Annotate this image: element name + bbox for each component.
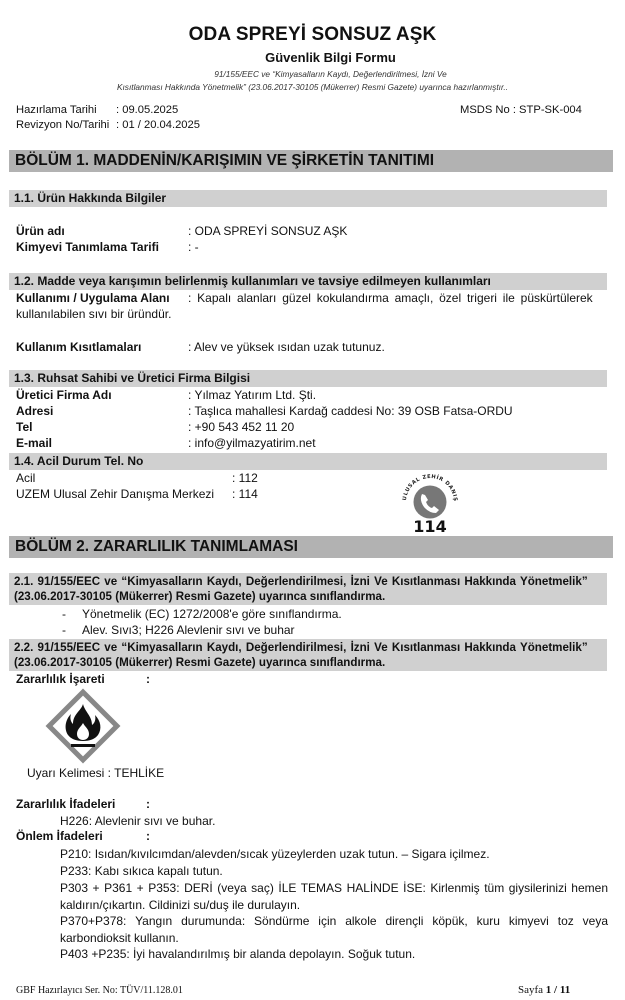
chemical-description-row: Kimyevi Tanımlama Tarifi : - (16, 240, 159, 254)
precaution-statement: P370+P378: Yangın durumunda: Söndürme iç… (60, 913, 608, 946)
prep-date: Hazırlama Tarihi: 09.05.2025 (16, 104, 178, 116)
manufacturer-label: Üretici Firma Adı (16, 388, 112, 402)
msds-number: MSDS No : STP-SK-004 (460, 104, 582, 116)
subsection-1-3-header: 1.3. Ruhsat Sahibi ve Üretici Firma Bilg… (9, 370, 607, 387)
revision-label: Revizyon No/Tarihi (16, 119, 116, 131)
poison-center-value: : 114 (232, 487, 258, 501)
subsection-2-1-title-line2: (23.06.2017-30105 (Mükerrer) Resmi Gazet… (14, 589, 607, 604)
chemical-description-value: : - (188, 240, 199, 254)
logo-number: 114 (413, 517, 446, 534)
section-2-header: BÖLÜM 2. ZARARLILIK TANIMLAMASI (9, 536, 613, 558)
email-value[interactable]: : info@yilmazyatirim.net (188, 436, 316, 450)
page-indicator: Sayfa 1 / 11 (518, 984, 570, 996)
email-row: E-mail : info@yilmazyatirim.net (16, 436, 52, 450)
regulation-note-line2: Kısıtlanması Hakkında Yönetmelik” (23.06… (0, 82, 625, 92)
subsection-2-1-header: 2.1. 91/155/EEC ve “Kimyasalların Kaydı,… (9, 573, 607, 605)
hazard-statements-row: Zararlılık İfadeleri : (16, 797, 115, 811)
classification-bullet: -Yönetmelik (EC) 1272/2008'e göre sınıfl… (62, 607, 342, 621)
revision-value: : 01 / 20.04.2025 (116, 119, 200, 131)
product-name-row: Ürün adı : ODA SPREYİ SONSUZ AŞK (16, 224, 65, 238)
hazard-symbol-label: Zararlılık İşareti (16, 672, 105, 686)
precaution-statement: P233: Kabı sıkıca kapalı tutun. (60, 863, 608, 880)
hazard-statements-label: Zararlılık İfadeleri (16, 797, 115, 811)
total-pages: 11 (560, 984, 570, 996)
classification-bullet: -Alev. Sıvı3; H226 Alevlenir sıvı ve buh… (62, 623, 295, 637)
chemical-description-label: Kimyevi Tanımlama Tarifi (16, 240, 159, 254)
hazard-statement: H226: Alevlenir sıvı ve buhar. (60, 813, 608, 830)
precaution-statement: P403 +P235: İyi havalandırılmış bir alan… (60, 946, 608, 963)
flame-pictogram-icon (44, 687, 122, 765)
signal-word: Uyarı Kelimesi : TEHLİKE (27, 766, 164, 780)
product-name-value: : ODA SPREYİ SONSUZ AŞK (188, 224, 347, 238)
precautions-row: Önlem İfadeleri : (16, 829, 103, 843)
phone-icon: ULUSAL ZEHİR DANIŞMA MERKEZİ 114 (398, 472, 462, 534)
phone-row: Tel : +90 543 452 11 20 (16, 420, 32, 434)
restriction-row: Kullanım Kısıtlamaları : Alev ve yüksek … (16, 340, 141, 354)
footer-preparer-number: GBF Hazırlayıcı Ser. No: TÜV/11.128.01 (16, 985, 183, 996)
email-label: E-mail (16, 436, 52, 450)
precautions-label: Önlem İfadeleri (16, 829, 103, 843)
address-row: Adresi : Taşlıca mahallesi Kardağ caddes… (16, 404, 53, 418)
hazard-symbol-row: Zararlılık İşareti : (16, 672, 105, 686)
emergency-value: : 112 (232, 471, 258, 485)
revision: Revizyon No/Tarihi: 01 / 20.04.2025 (16, 119, 200, 131)
subsection-1-4-header: 1.4. Acil Durum Tel. No (9, 453, 607, 470)
poison-center-row: UZEM Ulusal Zehir Danışma Merkezi : 114 (16, 487, 214, 501)
section-1-header: BÖLÜM 1. MADDENİN/KARIŞIMIN VE ŞİRKETİN … (9, 150, 613, 172)
phone-value: : +90 543 452 11 20 (188, 420, 294, 434)
subsection-2-1-title-line1: 2.1. 91/155/EEC ve “Kimyasalların Kaydı,… (14, 574, 607, 589)
usage-value-cont: kullanılabilen sıvı bir üründür. (16, 307, 171, 321)
phone-label: Tel (16, 420, 32, 434)
subsection-2-2-title-line2: (23.06.2017-30105 (Mükerrer) Resmi Gazet… (14, 655, 607, 670)
regulation-note-line1: 91/155/EEC ve “Kimyasalların Kaydı, Değe… (0, 69, 625, 79)
subsection-2-2-title-line1: 2.2. 91/155/EEC ve “Kimyasalların Kaydı,… (14, 640, 607, 655)
subsection-1-2-header: 1.2. Madde veya karışımın belirlenmiş ku… (9, 273, 607, 290)
emergency-row: Acil : 112 (16, 471, 35, 485)
usage-label: Kullanımı / Uygulama Alanı (16, 291, 170, 305)
document-title: ODA SPREYİ SONSUZ AŞK (0, 24, 625, 46)
usage-row: Kullanımı / Uygulama Alanı : Kapalı alan… (16, 291, 170, 305)
manufacturer-row: Üretici Firma Adı : Yılmaz Yatırım Ltd. … (16, 388, 112, 402)
emergency-label: Acil (16, 471, 35, 485)
subsection-1-1-header: 1.1. Ürün Hakkında Bilgiler (9, 190, 607, 207)
document-subtitle: Güvenlik Bilgi Formu (0, 50, 625, 65)
restriction-label: Kullanım Kısıtlamaları (16, 340, 141, 354)
restriction-value: : Alev ve yüksek ısıdan uzak tutunuz. (188, 340, 385, 354)
address-label: Adresi (16, 404, 53, 418)
manufacturer-value: : Yılmaz Yatırım Ltd. Şti. (188, 388, 316, 402)
prep-date-value: : 09.05.2025 (116, 104, 178, 116)
precaution-statement: P303 + P361 + P353: DERİ (veya saç) İLE … (60, 880, 608, 913)
poison-center-logo: ULUSAL ZEHİR DANIŞMA MERKEZİ 114 (398, 472, 462, 534)
subsection-2-2-header: 2.2. 91/155/EEC ve “Kimyasalların Kaydı,… (9, 639, 607, 671)
product-name-label: Ürün adı (16, 224, 65, 238)
usage-value: : Kapalı alanları güzel kokulandırma ama… (188, 291, 608, 305)
address-value: : Taşlıca mahallesi Kardağ caddesi No: 3… (188, 404, 513, 418)
precaution-statement: P210: Isıdan/kıvılcımdan/alevden/sıcak y… (60, 846, 608, 863)
prep-date-label: Hazırlama Tarihi (16, 104, 116, 116)
poison-center-label: UZEM Ulusal Zehir Danışma Merkezi (16, 487, 214, 501)
